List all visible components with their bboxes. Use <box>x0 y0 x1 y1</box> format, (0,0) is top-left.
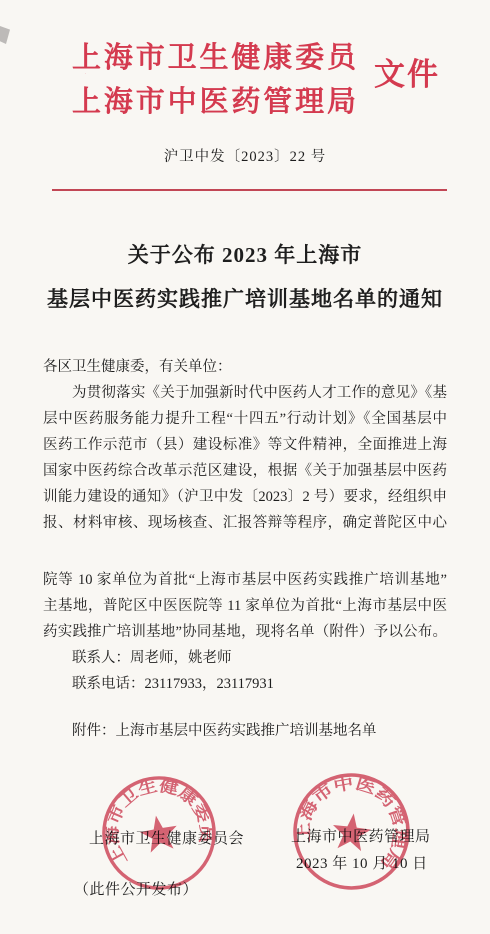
page-scan-gap <box>43 536 447 567</box>
body-line: 医药工作示范市（县）建设标准》等文件精神，全面推进上海市 <box>43 432 447 458</box>
doc-number: 沪卫中发〔2023〕22 号 <box>0 145 490 166</box>
body-line: 层中医药服务能力提升工程“十四五”行动计划》《全国基层中 <box>43 406 447 432</box>
attachment-line: 附件：上海市基层中医药实践推广培训基地名单 <box>43 718 447 744</box>
official-document-page: 上海市卫生健康委员会 上海市中医药管理局 文件 沪卫中发〔2023〕22 号 关… <box>0 0 490 934</box>
body-line: 药实践推广培训基地”协同基地，现将名单（附件）予以公布。 <box>43 619 447 645</box>
spacer <box>43 697 447 718</box>
red-separator-line <box>52 189 447 191</box>
doc-type-label: 文件 <box>374 58 440 92</box>
document-title-line1: 关于公布 2023 年上海市 <box>0 239 490 269</box>
issuing-org-line2: 上海市中医药管理局 <box>72 86 356 118</box>
star-icon <box>330 811 372 852</box>
salutation: 各区卫生健康委，有关单位： <box>43 354 447 380</box>
scan-corner-artifact <box>0 26 10 44</box>
body-line: 院等 10 家单位为首批“上海市基层中医药实践推广培训基地” <box>43 567 447 593</box>
seal-arc-text-left: 上海市卫生健康委员会 <box>91 765 220 872</box>
body-line: 国家中医药综合改革示范区建设，根据《关于加强基层中医药培 <box>43 458 447 484</box>
document-title-line2: 基层中医药实践推广培训基地名单的通知 <box>0 283 490 313</box>
contact-person: 联系人：周老师，姚老师 <box>43 645 447 671</box>
document-body: 各区卫生健康委，有关单位： 为贯彻落实《关于加强新时代中医药人才工作的意见》《基… <box>43 354 447 744</box>
star-icon <box>138 812 181 854</box>
official-seal-right: 上海市中医药管理局 <box>284 764 419 899</box>
issuing-org-line1: 上海市卫生健康委员会 <box>72 42 356 74</box>
body-line: 训能力建设的通知》（沪卫中发〔2023〕2 号）要求，经组织申 <box>43 484 447 510</box>
body-line: 报、材料审核、现场核查、汇报答辩等程序，确定普陀区中心医 <box>43 510 447 536</box>
svg-text:上海市卫生健康委员会: 上海市卫生健康委员会 <box>91 765 220 872</box>
contact-phone: 联系电话：23117933，23117931 <box>43 671 447 697</box>
body-line: 为贯彻落实《关于加强新时代中医药人才工作的意见》《基 <box>43 380 447 406</box>
official-seal-left: 上海市卫生健康委员会 <box>91 765 228 902</box>
body-line: 主基地，普陀区中医医院等 11 家单位为首批“上海市基层中医 <box>43 593 447 619</box>
